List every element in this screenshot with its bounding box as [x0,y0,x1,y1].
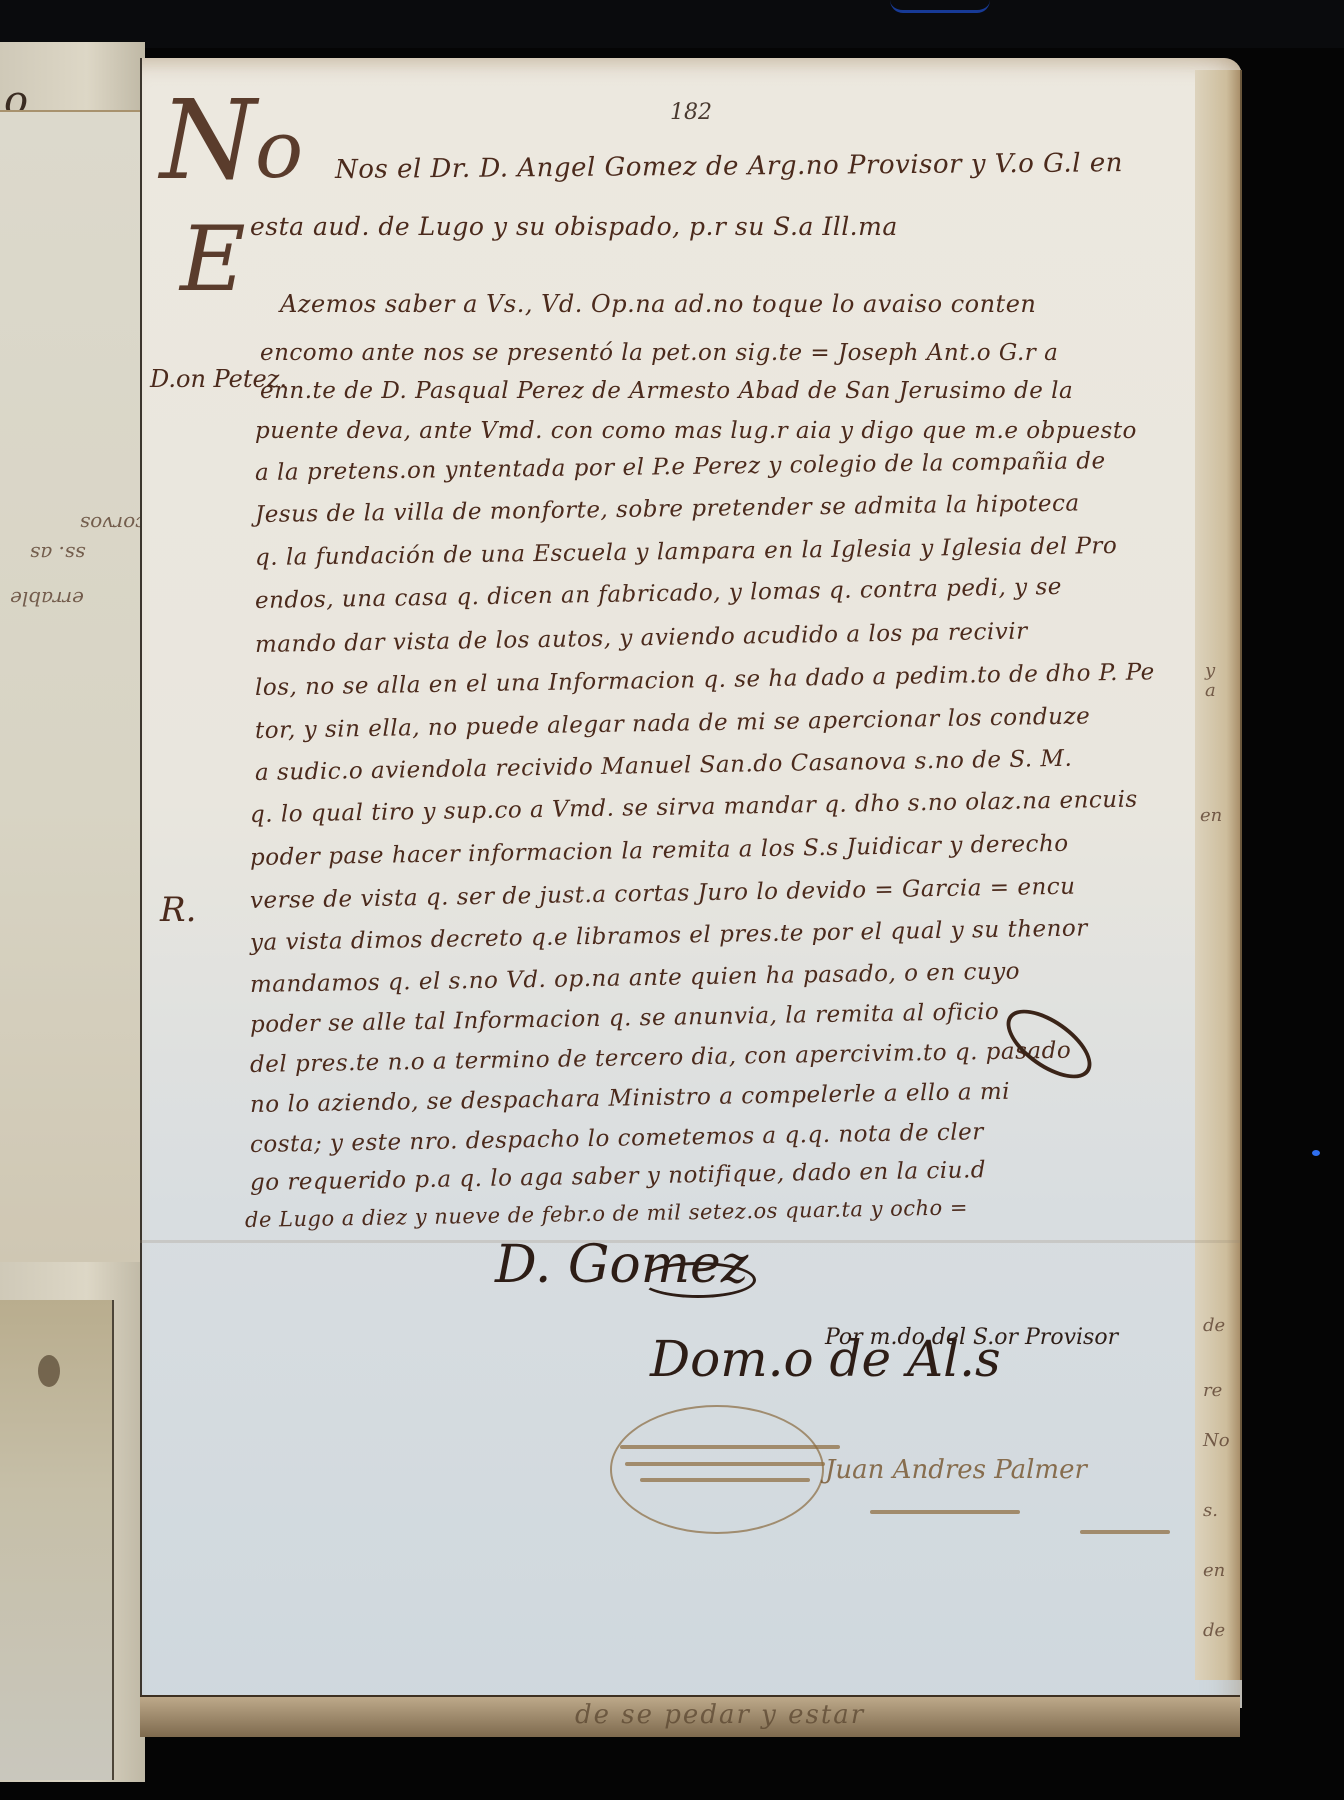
signature-rubric [640,1262,756,1298]
signature-palmer: Juan Andres Palmer [825,1455,1087,1485]
photo-background [0,0,1344,48]
left-leaf-text: corvos [80,512,146,536]
right-margin-fragment: de [1203,1315,1225,1336]
right-margin-fragment: en [1203,1560,1225,1581]
signature-role: Por m.do del S.or Provisor [825,1325,1118,1350]
margin-note-mark: R. [160,890,196,930]
decorative-initial: N [160,85,256,195]
decorative-initial: o [255,110,303,190]
right-margin-fragment: a [1205,680,1216,701]
seal-hatch [625,1462,825,1466]
seal-hatch [870,1510,1020,1514]
left-leaf-text: errable [10,587,84,611]
left-leaf-text: ss. as [30,542,85,566]
decorative-initial: E [180,215,246,305]
bottom-edge-text: de se pedar y estar [575,1700,865,1730]
body-line: Azemos saber a Vs., Vd. Op.na ad.no toqu… [280,290,1036,318]
seal-hatch [620,1445,840,1449]
page-edge: y a en de re No s. en de [1195,70,1242,1680]
seal-hatch [1080,1530,1170,1534]
folio-number: 182 [670,100,712,125]
right-margin-fragment: s. [1203,1500,1218,1521]
body-line: puente deva, ante Vmd. con como mas lug.… [255,418,1137,444]
body-line: enn.te de D. Pasqual Perez de Armesto Ab… [260,378,1073,404]
right-margin-fragment: y [1205,660,1215,681]
background-glint [890,0,990,13]
seal-oval [610,1405,824,1534]
stain [38,1355,60,1387]
right-margin-fragment: re [1203,1380,1222,1401]
heading-line-2: esta aud. de Lugo y su obispado, p.r su … [250,212,898,241]
body-line: encomo ante nos se presentó la pet.on si… [260,340,1058,366]
right-margin-fragment: de [1203,1620,1225,1641]
background-glint-dot [1312,1150,1320,1156]
left-folded-leaf: corvos ss. as errable [0,110,150,1262]
seal-hatch [640,1478,810,1482]
right-margin-fragment: No [1203,1430,1230,1451]
right-margin-fragment: en [1200,805,1222,826]
